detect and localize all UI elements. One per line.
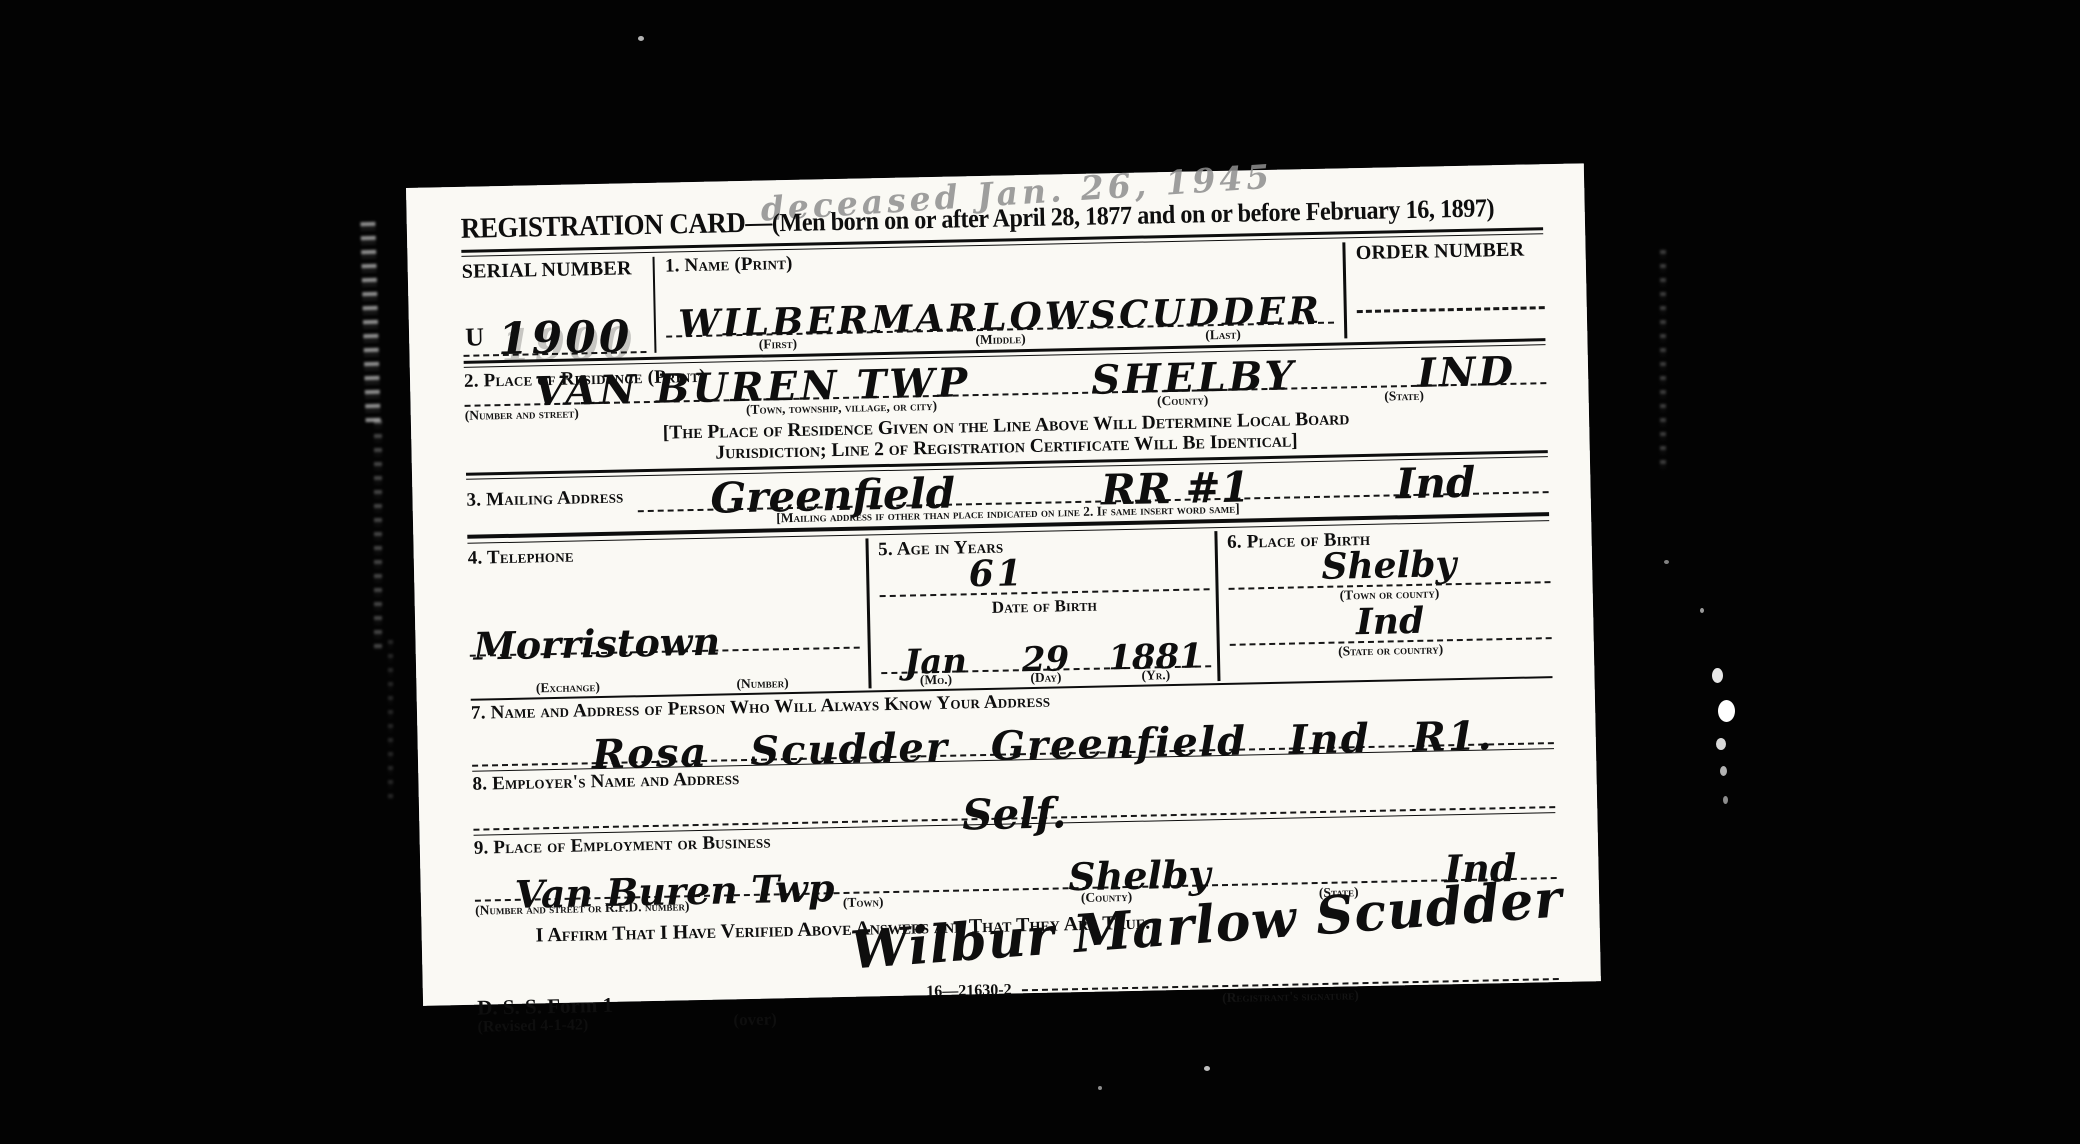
mailing-state: Ind bbox=[1395, 465, 1475, 502]
card-content: deceased Jan. 26, 1945 REGISTRATION CARD… bbox=[460, 176, 1558, 994]
birthplace-town-line: Shelby bbox=[1227, 547, 1550, 590]
film-speck bbox=[1720, 766, 1727, 776]
residence-section: 2. Place of Residence (Print) Van Buren … bbox=[464, 349, 1548, 469]
contact-section: 7. Name and Address of Person Who Will A… bbox=[471, 681, 1554, 767]
row-serial-name-order: Serial Number U 1900 1. Name (Print) Wil… bbox=[462, 238, 1546, 357]
film-speck bbox=[638, 36, 644, 41]
age-value: 61 bbox=[968, 558, 1025, 599]
spacer bbox=[971, 392, 1092, 395]
film-speck bbox=[1700, 608, 1704, 613]
film-speck bbox=[1712, 668, 1723, 683]
signature-sublabel: (Registrant's signature) bbox=[1222, 987, 1359, 1005]
age-cell: 5. Age in Years 61 Date of Birth Jan 29 … bbox=[868, 531, 1220, 688]
telephone-age-birth-grid: 4. Telephone Morristown (Exchange) (Numb… bbox=[468, 524, 1553, 697]
employer-value: Self. bbox=[962, 795, 1067, 833]
serial-value: 1900 bbox=[498, 318, 633, 358]
birthplace-state-line: Ind bbox=[1229, 603, 1552, 646]
birthplace-cell: 6. Place of Birth Shelby (Town or county… bbox=[1217, 524, 1553, 681]
film-scratch bbox=[374, 420, 382, 650]
film-speck bbox=[1723, 796, 1728, 804]
film-speck bbox=[1098, 1086, 1102, 1090]
film-scratch bbox=[360, 222, 380, 422]
date-of-birth-line: Jan 29 1881 bbox=[880, 613, 1211, 675]
telephone-line: Morristown bbox=[468, 561, 859, 657]
sublabel-day: (Day) bbox=[991, 670, 1101, 686]
order-number-line bbox=[1357, 306, 1545, 313]
over-note: (over) bbox=[733, 1009, 777, 1030]
form-revision: (Revised 4-1-42) bbox=[477, 1016, 613, 1037]
telephone-cell: 4. Telephone Morristown (Exchange) (Numb… bbox=[468, 538, 872, 696]
film-scratch bbox=[1660, 250, 1666, 470]
footer-row: D. S. S. Form 1 (Revised 4-1-42) (over) … bbox=[477, 970, 1560, 1037]
serial-number-cell: Serial Number U 1900 bbox=[462, 257, 657, 357]
film-speck bbox=[1718, 700, 1735, 722]
form-id-block: D. S. S. Form 1 (Revised 4-1-42) bbox=[477, 994, 614, 1037]
order-number-label: Order Number bbox=[1356, 238, 1544, 264]
serial-prefix: U bbox=[465, 322, 484, 352]
residence-state: Ind bbox=[1417, 355, 1517, 391]
serial-number-line: U 1900 bbox=[462, 279, 647, 357]
sublabel-exchange: (Exchange) bbox=[470, 679, 665, 697]
age-line: 61 bbox=[878, 554, 1209, 597]
sublabel-county: (County) bbox=[1157, 389, 1384, 407]
mailing-label: 3. Mailing Address bbox=[466, 488, 623, 516]
print-code: 16—21630-2 bbox=[926, 981, 1012, 1001]
film-speck bbox=[1716, 738, 1726, 750]
scanned-microfilm-frame: deceased Jan. 26, 1945 REGISTRATION CARD… bbox=[0, 0, 2080, 1144]
sublabel-state: (State) bbox=[1384, 386, 1547, 403]
telephone-sublabels: (Exchange) (Number) bbox=[470, 649, 860, 697]
sublabel-month: (Mo.) bbox=[881, 672, 991, 688]
sublabel-number: (Number) bbox=[665, 675, 860, 693]
signature-line: (Registrant's signature) bbox=[1022, 978, 1560, 1011]
film-scratch bbox=[388, 640, 393, 800]
film-speck bbox=[1204, 1066, 1210, 1071]
order-number-cell: Order Number bbox=[1346, 238, 1546, 338]
signature-footer-block: Wilbur Marlow Scudder D. S. S. Form 1 (R… bbox=[476, 930, 1560, 1045]
spacer bbox=[1296, 385, 1417, 388]
form-number: D. S. S. Form 1 bbox=[477, 994, 613, 1019]
name-cell: 1. Name (Print) Wilber Marlow Scudder (F… bbox=[655, 242, 1348, 352]
sublabel-year: (Yr.) bbox=[1101, 667, 1211, 683]
film-speck bbox=[1664, 560, 1669, 564]
card-title: REGISTRATION CARD— bbox=[461, 206, 773, 245]
registration-card: deceased Jan. 26, 1945 REGISTRATION CARD… bbox=[406, 163, 1601, 1005]
